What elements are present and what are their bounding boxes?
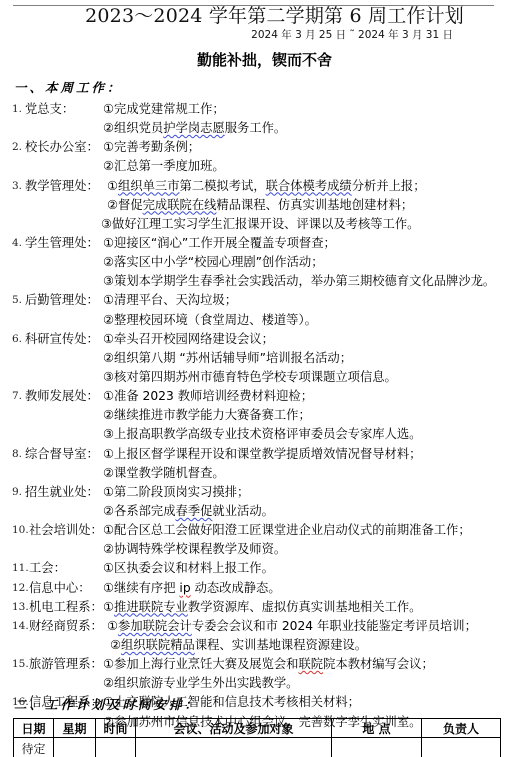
task-text: ③做好江理工实习学生汇报课开设、评课以及考核等工作。 bbox=[101, 215, 419, 234]
task-text: ②继续推进市教学能力大赛备赛工作； bbox=[103, 406, 311, 425]
date-range: 2024 年 3 月 25 日 ˜ 2024 年 3 月 31 日 bbox=[251, 28, 453, 42]
motto: 勤能补拙，锲而不舍 bbox=[0, 50, 509, 70]
column-header-owner: 负责人 bbox=[422, 719, 501, 738]
item-number: 14. bbox=[12, 617, 29, 636]
list-item: ②课堂教学随机督查。 bbox=[12, 464, 507, 483]
department-label: 校长办公室： bbox=[25, 138, 99, 157]
department-label: 财经商贸系： bbox=[29, 617, 103, 636]
list-item: 4. 学生管理处： ①迎接区“润心”工作开展全覆盖专项督查； bbox=[12, 234, 507, 253]
item-number: 8. bbox=[12, 445, 22, 464]
item-number: 10. bbox=[12, 521, 29, 540]
cell-date: 待定 bbox=[14, 738, 54, 757]
task-text: ②整理校园环境（食堂周边、楼道等）。 bbox=[103, 311, 317, 330]
list-item: 5. 后勤管理处： ①清理平台、天沟垃圾； bbox=[12, 291, 507, 310]
list-item: ③核对第四期苏州市德育特色学校专项课题立项信息。 bbox=[12, 368, 507, 387]
item-number: 5. bbox=[12, 291, 22, 310]
department-label: 教师发展处： bbox=[25, 387, 99, 406]
department-label: 学生管理处： bbox=[25, 234, 99, 253]
list-item: ②督促完成联院在线精品课程、仿真实训基地创建材料； bbox=[12, 196, 507, 215]
list-item: ③做好江理工实习学生汇报课开设、评课以及考核等工作。 bbox=[12, 215, 507, 234]
task-text: ①参加上海行业烹饪大赛及展览会和联院院本教材编写会议； bbox=[103, 655, 434, 674]
list-item: 13. 机电工程系： ①推进联院专业教学资源库、虚拟仿真实训基地相关工作。 bbox=[12, 598, 507, 617]
column-header-time: 时间 bbox=[96, 719, 136, 738]
schedule-table: 日期 星期 时间 会议、活动及参加对象 地 点 负责人 待定 bbox=[13, 718, 501, 757]
task-text: ①清理平台、天沟垃圾； bbox=[103, 291, 237, 310]
department-label: 党总支： bbox=[25, 100, 74, 119]
list-item: 7. 教师发展处： ①准备 2023 教师培训经费材料迎检； bbox=[12, 387, 507, 406]
item-number: 7. bbox=[12, 387, 22, 406]
table-header-row: 日期 星期 时间 会议、活动及参加对象 地 点 负责人 bbox=[14, 719, 501, 738]
item-number: 13. bbox=[12, 598, 29, 617]
list-item: 2. 校长办公室： ①完善考勤条例； bbox=[12, 138, 507, 157]
cell-location bbox=[332, 738, 422, 757]
item-number: 2. bbox=[12, 138, 22, 157]
task-text: ②组织党员护学岗志愿服务工作。 bbox=[103, 119, 286, 138]
department-label: 旅游管理系： bbox=[29, 655, 103, 674]
department-label: 后勤管理处： bbox=[25, 291, 99, 310]
list-item: ③上报高职教学高级专业技术资格评审委员会专家库人选。 bbox=[12, 425, 507, 444]
task-text: ①继续有序把 ip 动态改成静态。 bbox=[103, 579, 281, 598]
department-label: 信息中心： bbox=[29, 579, 91, 598]
cell-weekday bbox=[54, 738, 96, 757]
task-text: ②协调特殊学校课程教学及师资。 bbox=[103, 540, 286, 559]
task-text: ①配合区总工会做好阳澄工匠课堂进企业启动仪式的前期准备工作； bbox=[103, 521, 471, 540]
task-text: ①组织单三市第二模拟考试，联合体模考成绩分析并上报； bbox=[107, 177, 426, 196]
list-item: ②组织第八期 “苏州话辅导师”培训报名活动； bbox=[12, 349, 507, 368]
department-label: 社会培训处： bbox=[29, 521, 103, 540]
task-text: ①上报区督学课程开设和课堂教学提质增效情况督导材料； bbox=[103, 445, 421, 464]
document-title: 2023～2024 学年第二学期第 6 周工作计划 bbox=[0, 4, 509, 28]
list-item: ②汇总第一季度加班。 bbox=[12, 157, 507, 176]
task-text: ②组织第八期 “苏州话辅导师”培训报名活动； bbox=[103, 349, 352, 368]
list-item: ②协调特殊学校课程教学及师资。 bbox=[12, 540, 507, 559]
column-header-location: 地 点 bbox=[332, 719, 422, 738]
task-text: ①完成党建常规工作； bbox=[103, 100, 225, 119]
item-number: 11. bbox=[12, 559, 29, 578]
section-heading-this-week: 一、本周工作： bbox=[14, 80, 123, 96]
cell-time bbox=[96, 738, 136, 757]
list-item: 9. 招生就业处： ①第二阶段顶岗实习摸排； bbox=[12, 483, 507, 502]
list-item: ②各系部完成春季促就业活动。 bbox=[12, 502, 507, 521]
task-text: ①迎接区“润心”工作开展全覆盖专项督查； bbox=[103, 234, 336, 253]
item-number: 9. bbox=[12, 483, 22, 502]
list-item: 11. 工会： ①区执委会议和材料上报工作。 bbox=[12, 559, 507, 578]
department-label: 综合督导室： bbox=[25, 445, 99, 464]
item-number: 3. bbox=[12, 177, 22, 196]
item-number: 15. bbox=[12, 655, 29, 674]
table-row: 待定 bbox=[14, 738, 501, 757]
task-text: ③核对第四期苏州市德育特色学校专项课题立项信息。 bbox=[103, 368, 397, 387]
list-item: 8. 综合督导室： ①上报区督学课程开设和课堂教学提质增效情况督导材料； bbox=[12, 445, 507, 464]
task-text: ①完善考勤条例； bbox=[103, 138, 200, 157]
cell-owner bbox=[422, 738, 501, 757]
task-text: ②落实区中小学“校园心理剧”创作活动； bbox=[103, 253, 324, 272]
list-item: ②组织联院精品课程、实训基地课程资源建设。 bbox=[12, 636, 507, 655]
item-number: 4. bbox=[12, 234, 22, 253]
list-item: 14. 财经商贸系： ①参加联院会计专委会会议和市 2024 年职业技能鉴定考评… bbox=[12, 617, 507, 636]
task-text: ②各系部完成春季促就业活动。 bbox=[103, 502, 274, 521]
list-item: 15. 旅游管理系： ①参加上海行业烹饪大赛及展览会和联院院本教材编写会议； bbox=[12, 655, 507, 674]
list-item: ②组织党员护学岗志愿服务工作。 bbox=[12, 119, 507, 138]
task-text: ①参加联院会计专委会会议和市 2024 年职业技能鉴定考评员培训； bbox=[107, 617, 477, 636]
task-text: ②组织旅游专业学生外出实践教学。 bbox=[103, 674, 298, 693]
list-item: ②组织旅游专业学生外出实践教学。 bbox=[12, 674, 507, 693]
item-number: 6. bbox=[12, 330, 22, 349]
department-label: 教学管理处： bbox=[25, 177, 99, 196]
task-text: ①第二阶段顶岗实习摸排； bbox=[103, 483, 249, 502]
column-header-weekday: 星期 bbox=[54, 719, 96, 738]
department-label: 科研宣传处： bbox=[25, 330, 99, 349]
department-label: 工会： bbox=[29, 559, 66, 578]
list-item: ②整理校园环境（食堂周边、楼道等）。 bbox=[12, 311, 507, 330]
list-item: 10. 社会培训处： ①配合区总工会做好阳澄工匠课堂进企业启动仪式的前期准备工作… bbox=[12, 521, 507, 540]
department-label: 机电工程系： bbox=[29, 598, 103, 617]
column-header-activity: 会议、活动及参加对象 bbox=[136, 719, 332, 738]
task-text: ①准备 2023 教师培训经费材料迎检； bbox=[103, 387, 313, 406]
column-header-date: 日期 bbox=[14, 719, 54, 738]
task-text: ①牵头召开校园网络建设会议； bbox=[103, 330, 274, 349]
task-text: ③策划本学期学生春季社会实践活动，举办第三期校德育文化品牌沙龙。 bbox=[103, 272, 495, 291]
list-item: 6. 科研宣传处： ①牵头召开校园网络建设会议； bbox=[12, 330, 507, 349]
list-item: ②落实区中小学“校园心理剧”创作活动； bbox=[12, 253, 507, 272]
task-text: ③上报高职教学高级专业技术资格评审委员会专家库人选。 bbox=[103, 425, 421, 444]
item-number: 12. bbox=[12, 579, 29, 598]
task-text: ①区执委会议和材料上报工作。 bbox=[103, 559, 274, 578]
section-heading-schedule: 二、工作计划及时间安排： bbox=[14, 697, 200, 713]
cell-activity bbox=[136, 738, 332, 757]
task-text: ②汇总第一季度加班。 bbox=[103, 157, 225, 176]
list-item: 12. 信息中心： ①继续有序把 ip 动态改成静态。 bbox=[12, 579, 507, 598]
task-text: ①推进联院专业教学资源库、虚拟仿真实训基地相关工作。 bbox=[103, 598, 421, 617]
item-number: 1. bbox=[12, 100, 22, 119]
department-label: 招生就业处： bbox=[25, 483, 99, 502]
task-text: ②课堂教学随机督查。 bbox=[103, 464, 225, 483]
list-item: ②继续推进市教学能力大赛备赛工作； bbox=[12, 406, 507, 425]
task-text: ②督促完成联院在线精品课程、仿真实训基地创建材料； bbox=[107, 196, 413, 215]
list-item: ③策划本学期学生春季社会实践活动，举办第三期校德育文化品牌沙龙。 bbox=[12, 272, 507, 291]
list-item: 1. 党总支： ①完成党建常规工作； bbox=[12, 100, 507, 119]
work-items-list: 1. 党总支： ①完成党建常规工作； ②组织党员护学岗志愿服务工作。 2. 校长… bbox=[12, 100, 507, 732]
list-item: 3. 教学管理处： ①组织单三市第二模拟考试，联合体模考成绩分析并上报； bbox=[12, 177, 507, 196]
task-text: ②组织联院精品课程、实训基地课程资源建设。 bbox=[110, 636, 367, 655]
